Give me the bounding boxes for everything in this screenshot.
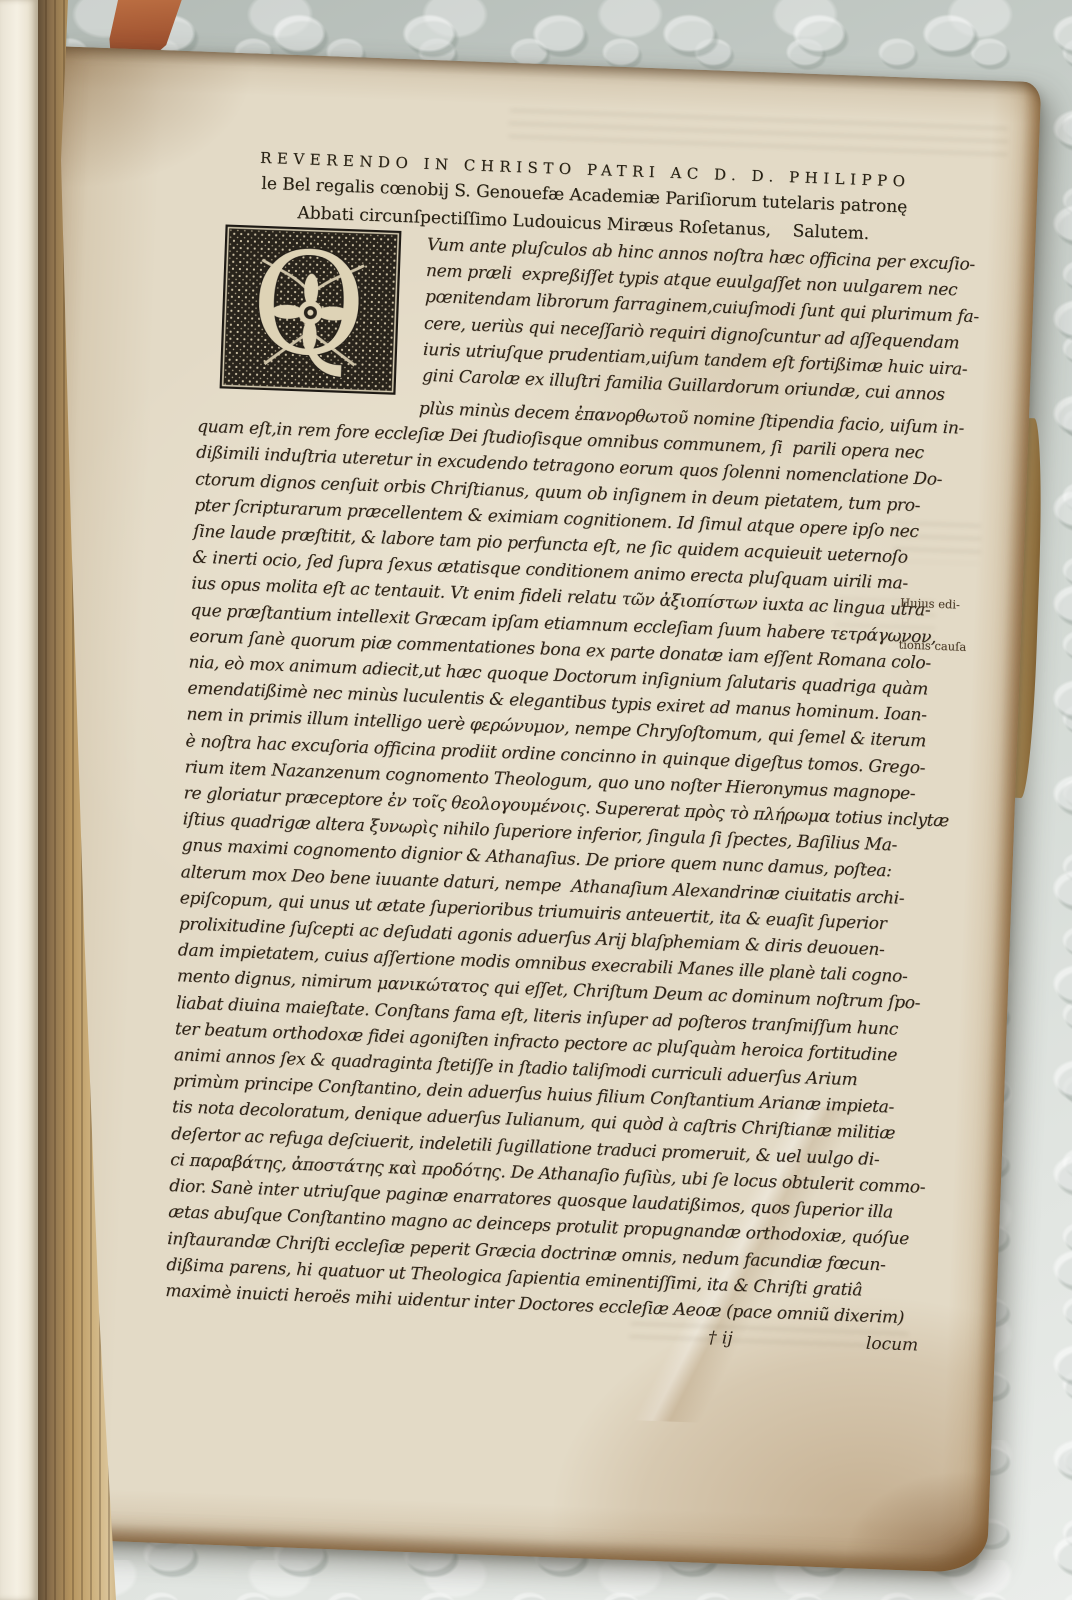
- vellum-cover-edge: [0, 0, 38, 1600]
- photograph-of-antique-book: REVERENDO IN CHRISTO PATRI AC D. D. PHIL…: [0, 0, 1072, 1600]
- full-width-lines: quam eſt,in rem fore eccleſiæ Dei ſtudio…: [165, 414, 954, 1332]
- bleedthrough-text: [893, 521, 982, 564]
- dedication-body: Q: [164, 224, 961, 1362]
- book-page: REVERENDO IN CHRISTO PATRI AC D. D. PHIL…: [0, 46, 1041, 1573]
- bleedthrough-text: [508, 109, 1009, 157]
- signature-mark: † ij: [708, 1328, 733, 1349]
- margin-note: Huius edi- tionis cauſa: [897, 567, 987, 682]
- margin-note-line: tionis cauſa: [898, 637, 984, 654]
- woodcut-initial-Q: Q: [220, 224, 402, 394]
- dropcap-row: Q: [199, 224, 962, 416]
- page-text-block: REVERENDO IN CHRISTO PATRI AC D. D. PHIL…: [164, 144, 964, 1362]
- margin-note-line: Huius edi-: [900, 595, 986, 612]
- catchword: locum: [866, 1334, 919, 1356]
- wrapped-lines: Vum ante pluſculos ab hinc annos noſtra …: [422, 232, 982, 409]
